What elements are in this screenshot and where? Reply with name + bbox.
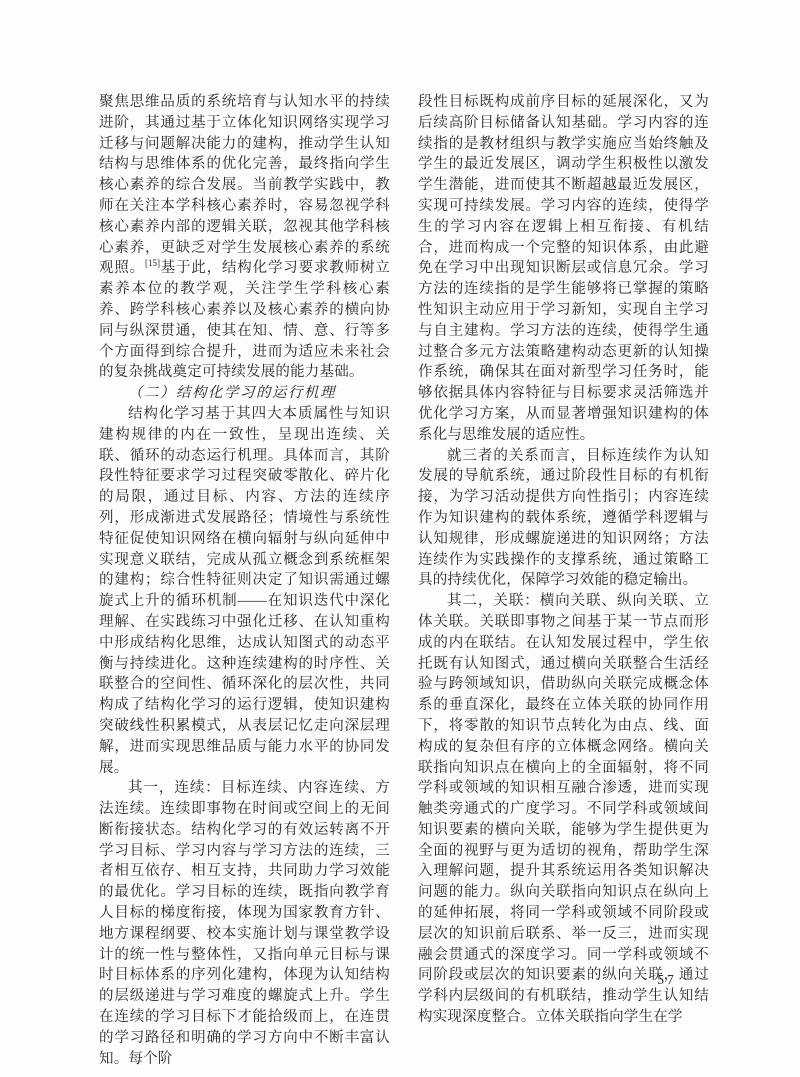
paragraph-continuity-continuation: 段性目标既构成前序目标的延展深化，又为后续高阶目标储备认知基础。学习内容的连续指… <box>418 92 709 446</box>
right-column: 段性目标既构成前序目标的延展深化，又为后续高阶目标储备认知基础。学习内容的连续指… <box>418 92 709 1069</box>
section-heading-operating-mechanism: （二）结构化学习的运行机理 <box>99 383 390 404</box>
page-number: · 57 · <box>607 972 727 988</box>
paragraph-text-before-citation: 聚焦思维品质的系统培育与认知水平的持续进阶，其通过基于立体化知识网络实现学习迁移… <box>99 94 390 276</box>
paragraph-core-literacy-continued: 聚焦思维品质的系统培育与认知水平的持续进阶，其通过基于立体化知识网络实现学习迁移… <box>99 92 390 383</box>
left-column: 聚焦思维品质的系统培育与认知水平的持续进阶，其通过基于立体化知识网络实现学习迁移… <box>99 92 390 1069</box>
paragraph-second-association: 其二，关联：横向关联、纵向关联、立体关联。关联即事物之间基于某一节点而形成的内在… <box>418 591 709 1028</box>
paragraph-text-after-citation: 基于此，结构化学习要求教师树立素养本位的教学观，关注学生学科核心素养、跨学科核心… <box>99 260 390 380</box>
journal-paper-page: 聚焦思维品质的系统培育与认知水平的持续进阶，其通过基于立体化知识网络实现学习迁移… <box>0 0 800 1077</box>
paragraph-three-relations: 就三者的关系而言，目标连续作为认知发展的导航系统，通过阶段性目标的有机衔接，为学… <box>418 446 709 592</box>
paragraph-mechanism-overview: 结构化学习基于其四大本质属性与知识建构规律的内在一致性，呈现出连续、关联、循环的… <box>99 404 390 778</box>
two-column-text-area: 聚焦思维品质的系统培育与认知水平的持续进阶，其通过基于立体化知识网络实现学习迁移… <box>99 92 709 1069</box>
citation-ref-15: [15] <box>145 259 160 269</box>
paragraph-first-continuity: 其一，连续：目标连续、内容连续、方法连续。连续即事物在时间或空间上的无间断衔接状… <box>99 778 390 1069</box>
